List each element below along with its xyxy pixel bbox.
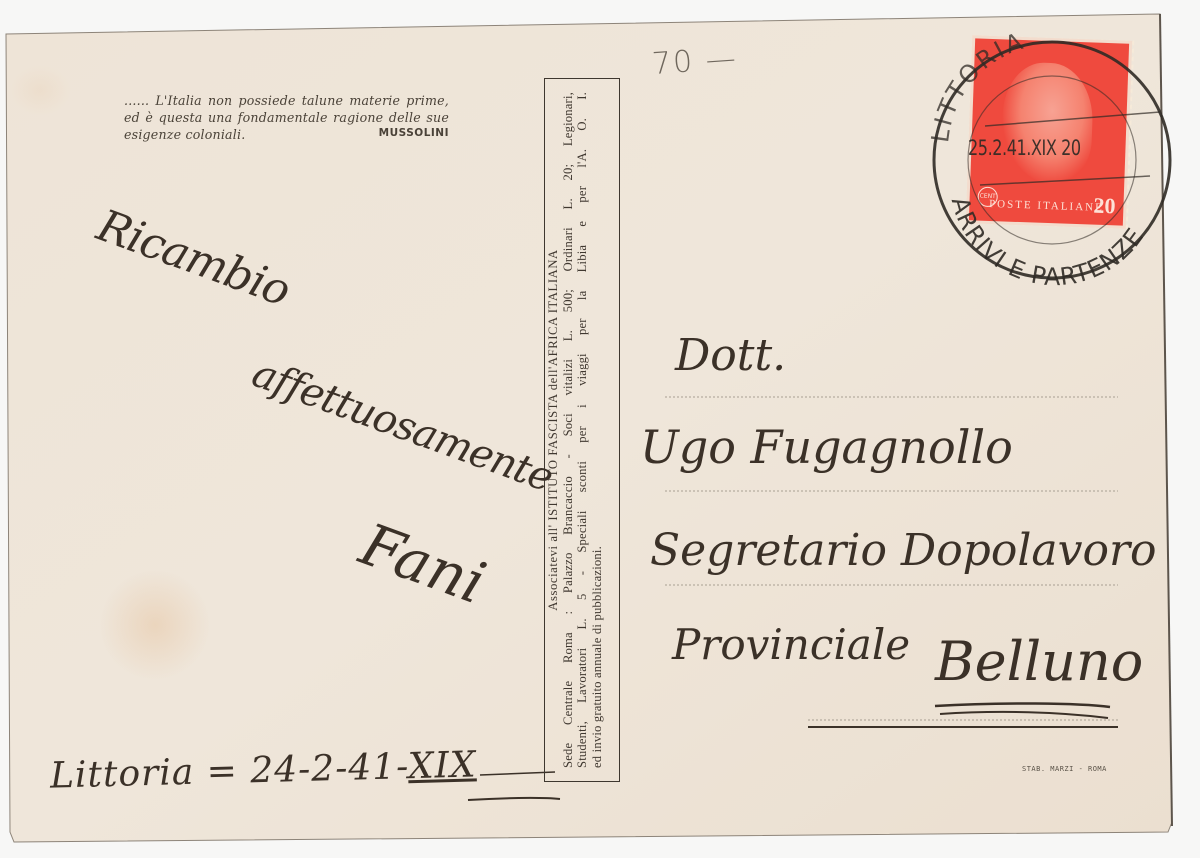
place: Littoria <box>50 752 195 797</box>
separator: = <box>206 751 238 793</box>
association-notice-box: Associatevi all' ISTITUTO FASCISTA dell'… <box>544 78 620 782</box>
mussolini-quote: ...... L'Italia non possiede talune mate… <box>124 92 449 143</box>
stamp-denomination: 20 <box>1093 193 1116 220</box>
date: 24-2-41- <box>250 746 409 791</box>
address-title: Dott. <box>675 330 786 381</box>
quote-author: MUSSOLINI <box>379 125 449 142</box>
address-role: Segretario Dopolavoro <box>650 525 1157 576</box>
postage-stamp: CENT POSTE ITALIANE 20 <box>969 38 1129 225</box>
printer-credit: STAB. MARZI - ROMA <box>1022 765 1107 773</box>
address-role-2: Provinciale <box>672 620 910 669</box>
association-line-3: Studenti, Lavoratori L. 5 - Speciali sco… <box>575 80 590 780</box>
postmark-date: 25.2.41.XIX 20 <box>968 136 1081 160</box>
fascist-era-year: XIX <box>407 744 477 787</box>
pencil-price-note: 70 — <box>651 41 739 82</box>
stamp-portrait-icon <box>1000 61 1094 184</box>
association-line-2: Sede Centrale Roma : Palazzo Brancaccio … <box>561 80 576 780</box>
association-line-4: ed invio gratuito annuale di pubblicazio… <box>590 80 605 780</box>
postcard: 70 — ...... L'Italia non possiede talune… <box>0 0 1200 858</box>
address-city: Belluno <box>935 630 1143 693</box>
association-line-1: Associatevi all' ISTITUTO FASCISTA dell'… <box>546 80 561 780</box>
stamp-body: CENT POSTE ITALIANE 20 <box>969 38 1129 225</box>
address-name: Ugo Fugagnollo <box>640 420 1013 474</box>
